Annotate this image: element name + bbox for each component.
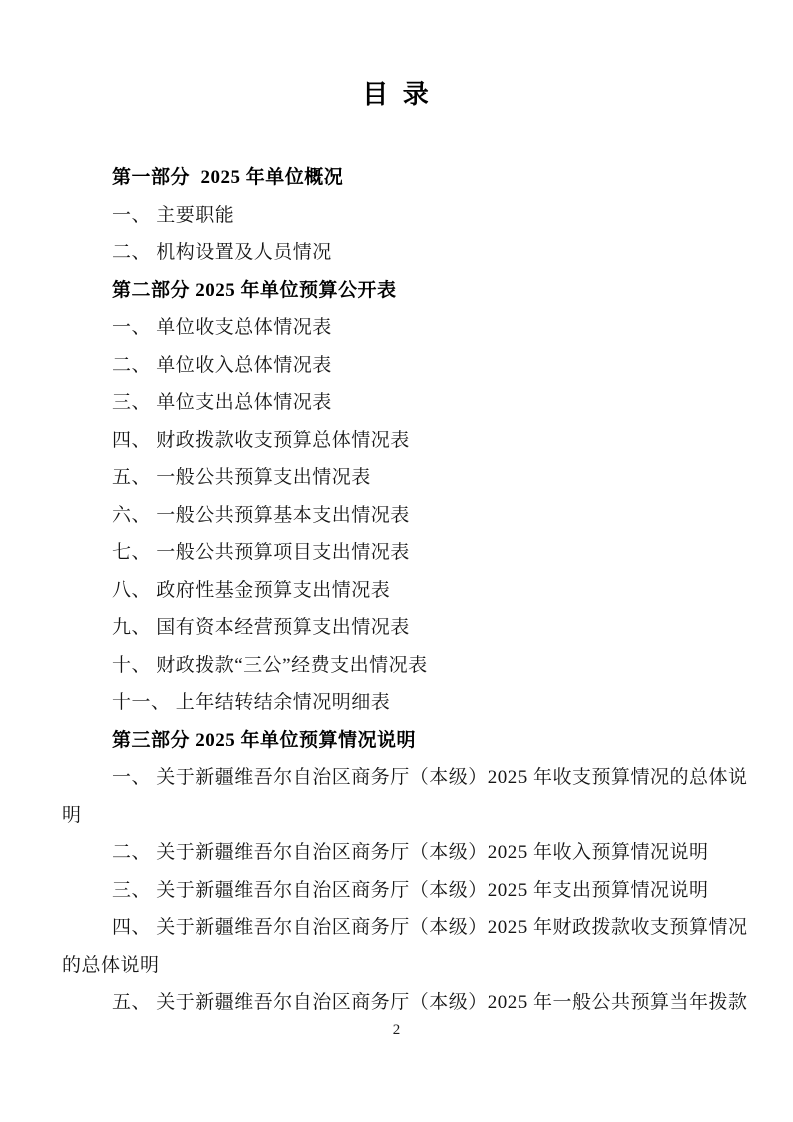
toc-item: 四、 关于新疆维吾尔自治区商务厅（本级）2025 年财政拨款收支预算情况: [62, 909, 729, 947]
toc-item: 十一、 上年结转结余情况明细表: [62, 684, 729, 722]
toc-item: 五、 关于新疆维吾尔自治区商务厅（本级）2025 年一般公共预算当年拨款: [62, 984, 729, 1022]
toc-item: 三、 关于新疆维吾尔自治区商务厅（本级）2025 年支出预算情况说明: [62, 872, 729, 910]
document-page: 目 录 第一部分 2025 年单位概况一、 主要职能二、 机构设置及人员情况第二…: [62, 0, 729, 1022]
page-number: 2: [0, 1020, 793, 1040]
toc-item: 六、 一般公共预算基本支出情况表: [62, 497, 729, 535]
toc-item: 三、 单位支出总体情况表: [62, 384, 729, 422]
toc-item: 七、 一般公共预算项目支出情况表: [62, 534, 729, 572]
toc-item: 一、 单位收支总体情况表: [62, 309, 729, 347]
toc-item: 二、 单位收入总体情况表: [62, 347, 729, 385]
toc-section-heading: 第三部分 2025 年单位预算情况说明: [62, 722, 729, 760]
toc-item: 二、 机构设置及人员情况: [62, 234, 729, 272]
page-title: 目 录: [62, 78, 729, 112]
toc-section-heading: 第一部分 2025 年单位概况: [62, 159, 729, 197]
toc-item: 八、 政府性基金预算支出情况表: [62, 572, 729, 610]
toc-item: 二、 关于新疆维吾尔自治区商务厅（本级）2025 年收入预算情况说明: [62, 834, 729, 872]
toc-item: 一、 主要职能: [62, 197, 729, 235]
toc-item: 五、 一般公共预算支出情况表: [62, 459, 729, 497]
toc-section-heading: 第二部分 2025 年单位预算公开表: [62, 272, 729, 310]
toc-item: 九、 国有资本经营预算支出情况表: [62, 609, 729, 647]
toc-item: 四、 财政拨款收支预算总体情况表: [62, 422, 729, 460]
toc-item-continuation: 的总体说明: [62, 947, 729, 985]
toc-lines: 第一部分 2025 年单位概况一、 主要职能二、 机构设置及人员情况第二部分 2…: [62, 159, 729, 1022]
toc-item: 十、 财政拨款“三公”经费支出情况表: [62, 647, 729, 685]
toc-item: 一、 关于新疆维吾尔自治区商务厅（本级）2025 年收支预算情况的总体说: [62, 759, 729, 797]
toc-item-continuation: 明: [62, 797, 729, 835]
